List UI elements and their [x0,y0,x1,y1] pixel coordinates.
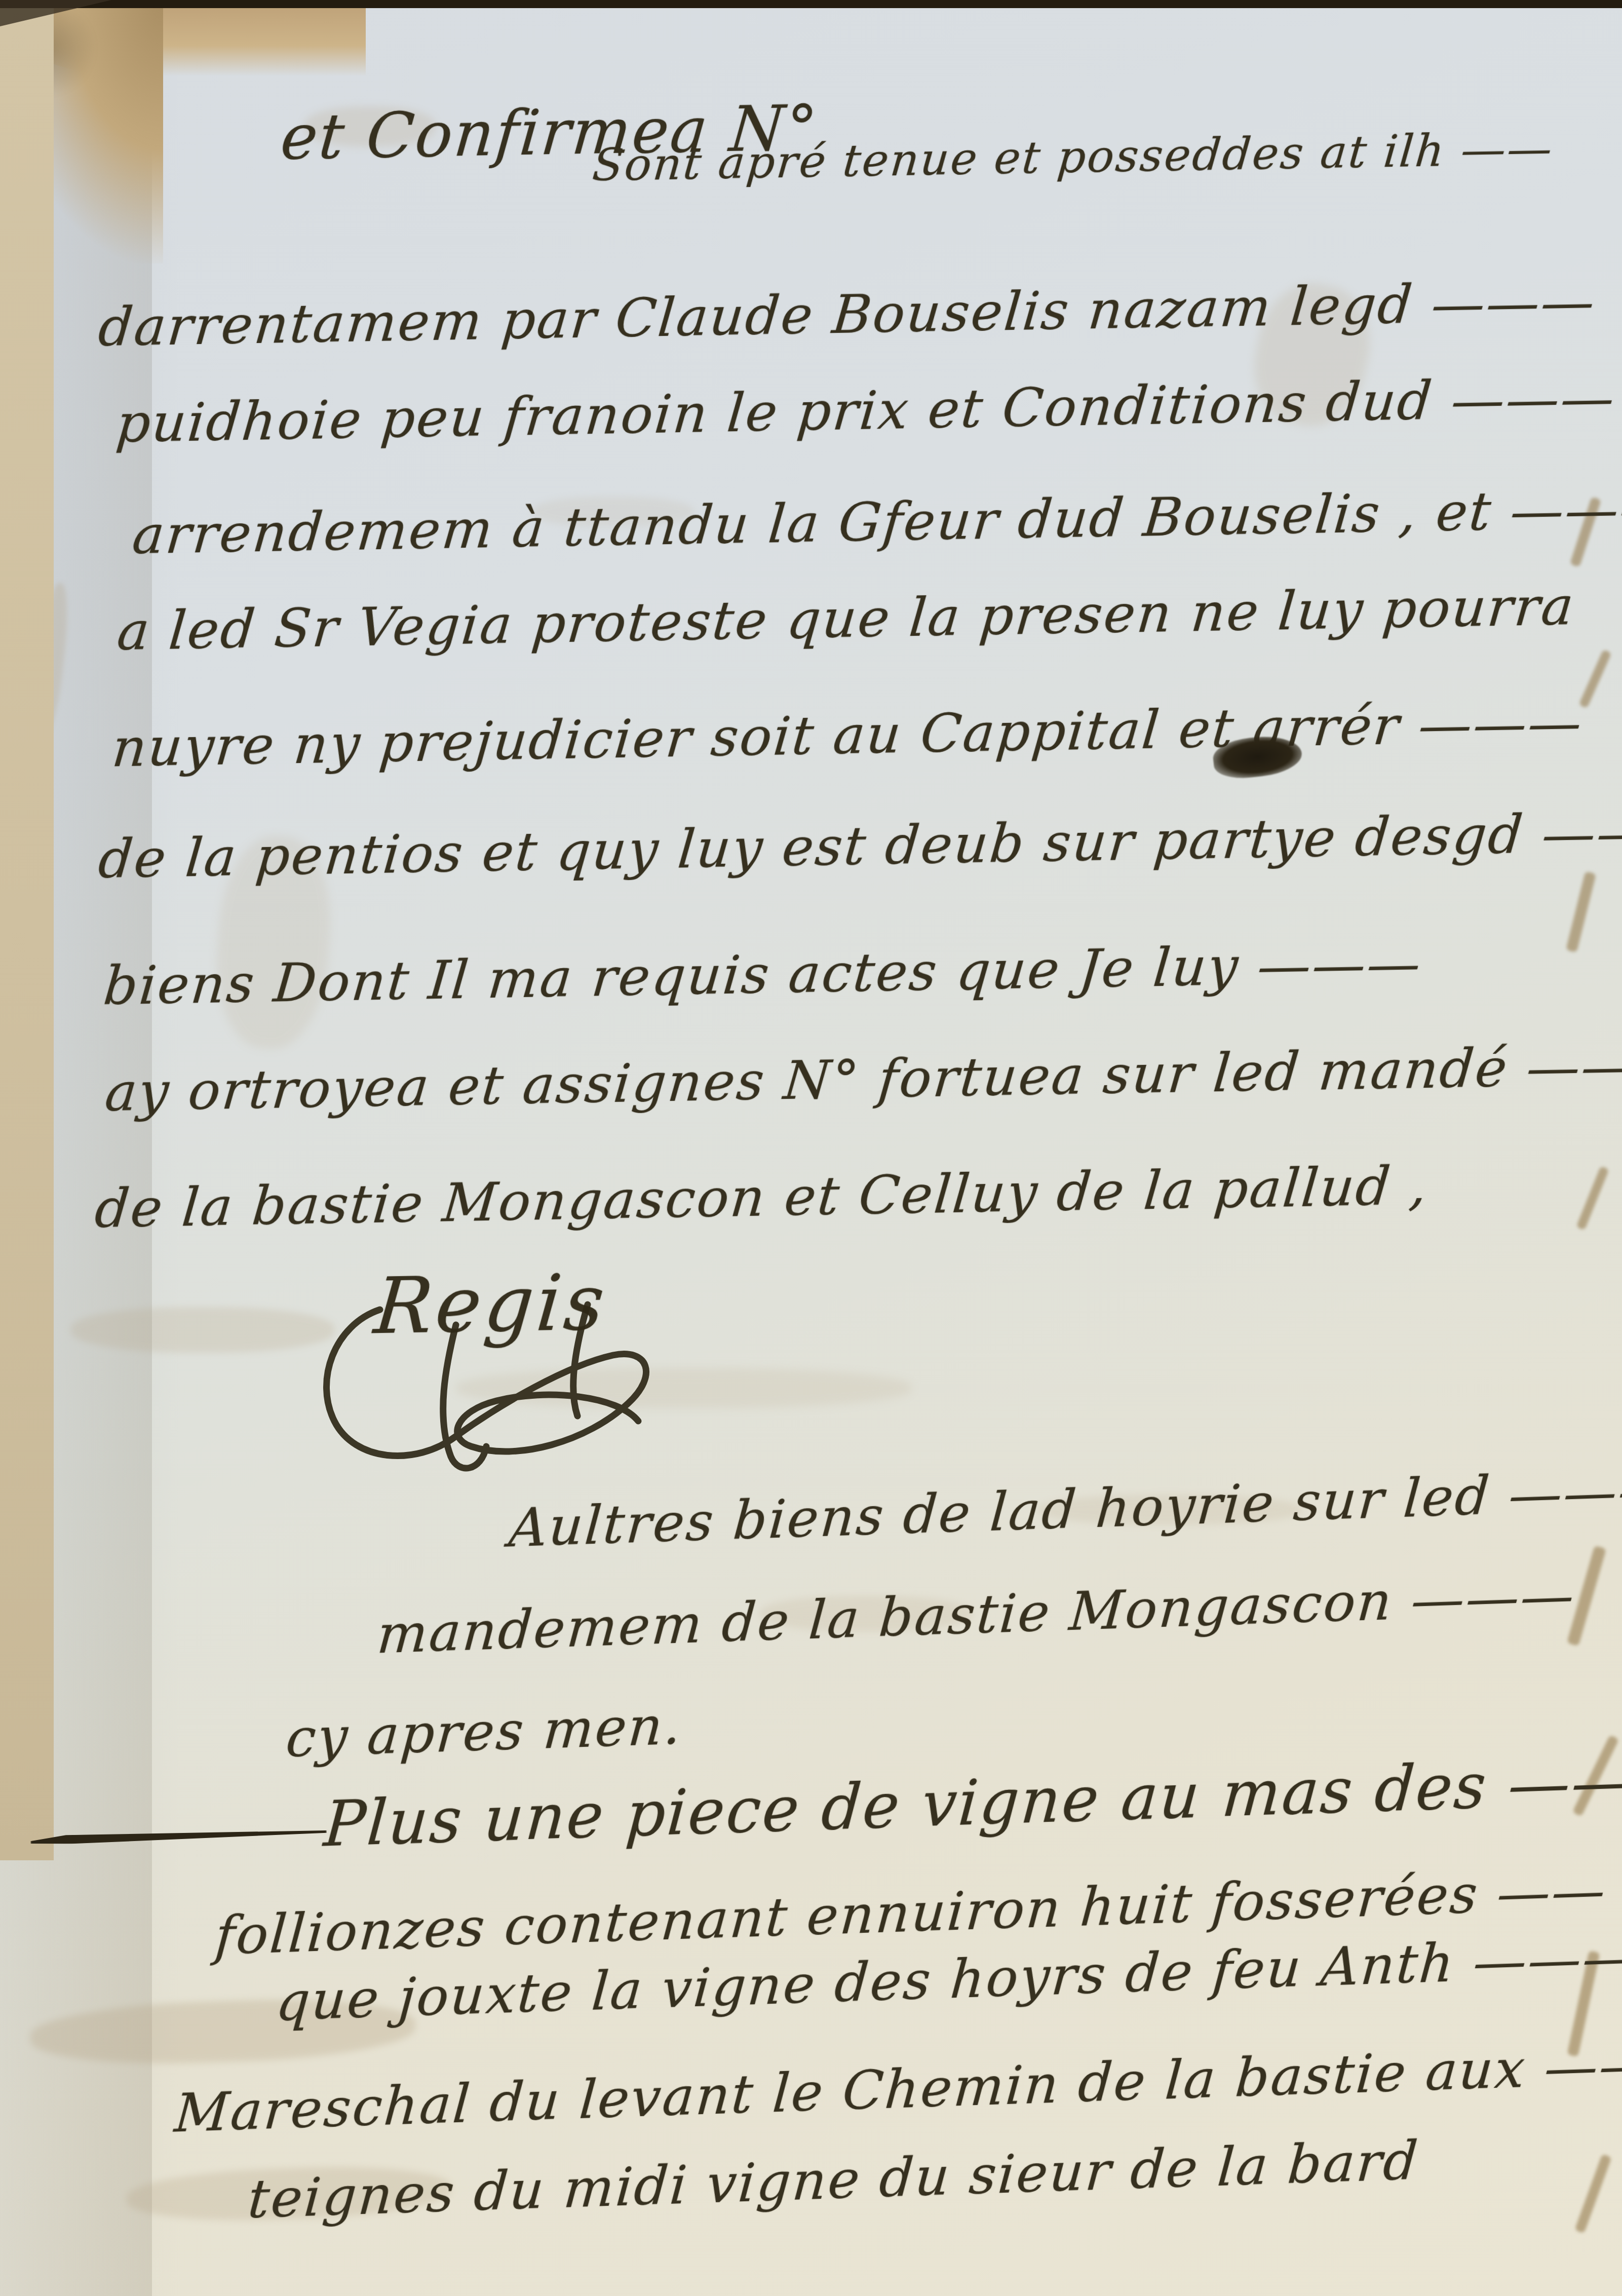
manuscript-line: nuyre ny prejudicier soit au Cappital et… [110,691,1586,779]
photo-top-edge [0,0,1622,8]
bleed-through-smudge [71,1307,334,1353]
manuscript-line: puidhoie peu franoin le prix et Conditio… [114,366,1618,454]
manuscript-line: arrendemem à ttandu la Gfeur dud Bouseli… [130,477,1622,566]
manuscript-line: de la bastie Mongascon et Celluy de la p… [93,1155,1431,1240]
manuscript-line: ay ortroyea et assignes N° fortuea sur l… [103,1035,1622,1123]
signature-flourish [304,1294,689,1507]
manuscript-line: a led Sr Vegia proteste que la presen ne… [115,575,1577,662]
underlying-page-writing [1576,1166,1609,1230]
underlying-page-writing [1566,871,1596,953]
underlying-page-edge [0,0,54,1860]
underlying-page-writing [1574,2154,1612,2233]
manuscript-line: darrentamem par Claude Bouselis nazam le… [96,270,1599,358]
paragraph-line: teignes du midi vigne du sieur de la bar… [246,2129,1421,2230]
paragraph-line: Mareschal du levant le Chemin de la bast… [173,2033,1622,2144]
manuscript-line: de la pentios et quy luy est deub sur pa… [96,801,1622,890]
section-heading-line: cy apres men. [284,1694,685,1769]
section-heading-line: mandemem de la bastie Mongascon ——— [375,1563,1578,1665]
manuscript-photo: et Confirmea N° Sont apré tenue et posse… [0,0,1622,2296]
